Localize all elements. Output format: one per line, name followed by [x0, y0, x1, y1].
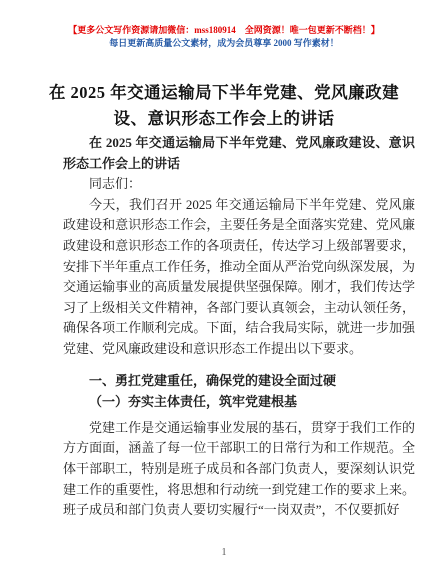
paragraph-1: 今天，我们召开 2025 年交通运输局下半年党建、党风廉政建设和意识形态工作会，… [63, 195, 415, 360]
section-heading-1: 一、勇扛党建重任，确保党的建设全面过硬 [63, 371, 415, 392]
document-body: 在 2025 年交通运输局下半年党建、党风廉政建设、意识形态工作会上的讲话 同志… [63, 133, 415, 521]
document-title-line-1: 在 2025 年交通运输局下半年党建、党风廉政建 [36, 80, 412, 106]
greeting: 同志们： [63, 174, 415, 195]
paragraph-2: 党建工作是交通运输事业发展的基石，贯穿于我们工作的方方面面，涵盖了每一位干部职工… [63, 418, 415, 521]
document-title-line-2: 设、意识形态工作会上的讲话 [36, 106, 412, 132]
promo-line-1: 【更多公文写作资源请加微信：mss180914 全网资源！唯一包更新不断档！】 [0, 24, 448, 37]
promo-line-2: 每日更新高质量公文素材，成为会员尊享 2000 写作素材！ [0, 37, 448, 50]
subtitle-paragraph: 在 2025 年交通运输局下半年党建、党风廉政建设、意识形态工作会上的讲话 [63, 133, 415, 174]
page-number: 1 [0, 547, 448, 558]
document-title: 在 2025 年交通运输局下半年党建、党风廉政建 设、意识形态工作会上的讲话 [36, 80, 412, 132]
document-page: 【更多公文写作资源请加微信：mss180914 全网资源！唯一包更新不断档！】 … [0, 0, 448, 580]
subsection-heading-1: （一）夯实主体责任，筑牢党建根基 [63, 392, 415, 413]
promo-header: 【更多公文写作资源请加微信：mss180914 全网资源！唯一包更新不断档！】 … [0, 24, 448, 50]
